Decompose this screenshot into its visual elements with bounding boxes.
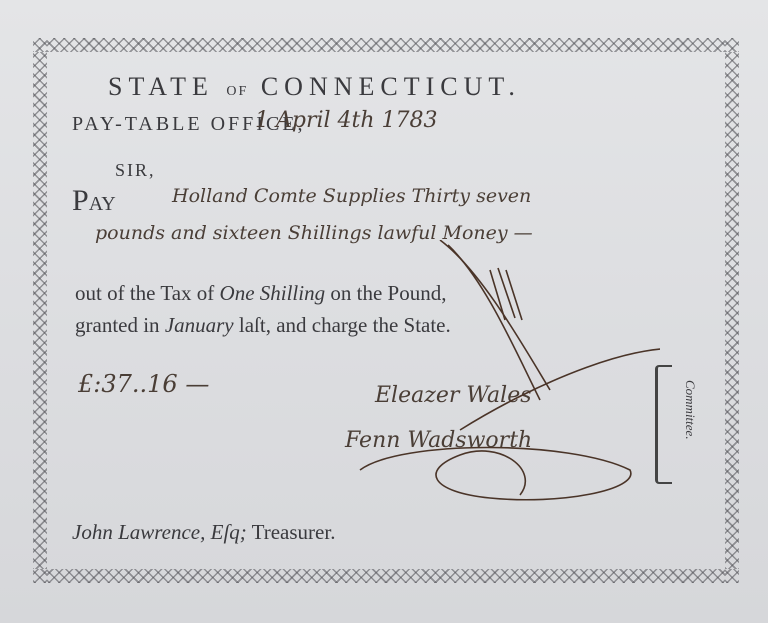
treasurer-title: Treasurer. bbox=[247, 520, 336, 544]
pay-order-document: STATE OF CONNECTICUT. PAY-TABLE OFFICE, … bbox=[0, 0, 768, 623]
heading-state: STATE bbox=[108, 72, 214, 101]
salutation: SIR, bbox=[115, 160, 156, 181]
body2-italic: January bbox=[165, 313, 234, 337]
payee-line-1: Holland Comte Supplies Thirty seven bbox=[172, 185, 531, 207]
treasurer-name: John Lawrence, Eſq; bbox=[72, 520, 247, 544]
handwritten-date: 1 April 4th 1783 bbox=[255, 108, 438, 133]
heading-of: OF bbox=[226, 84, 248, 99]
heading-connecticut: CONNECTICUT. bbox=[261, 72, 521, 101]
body1-italic: One Shilling bbox=[220, 281, 326, 305]
body1-pre: out of the Tax of bbox=[75, 281, 220, 305]
committee-label: Committee. bbox=[682, 380, 698, 440]
body2-pre: granted in bbox=[75, 313, 165, 337]
pay-rest: AY bbox=[89, 193, 116, 215]
pay-initial: P bbox=[72, 184, 89, 217]
pay-label: PAY bbox=[72, 184, 116, 218]
document-heading: STATE OF CONNECTICUT. bbox=[108, 72, 521, 102]
amount: £:37..16 — bbox=[78, 370, 209, 398]
signature-flourish-icon bbox=[340, 240, 660, 520]
treasurer-line: John Lawrence, Eſq; Treasurer. bbox=[72, 520, 335, 545]
